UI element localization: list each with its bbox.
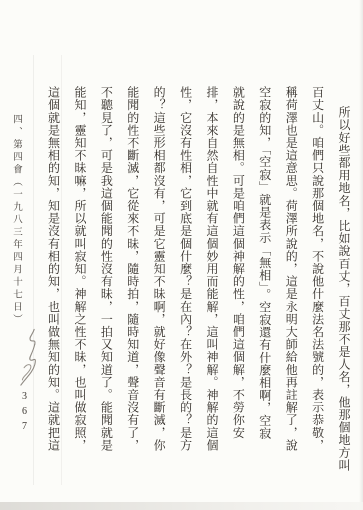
text-column: 這個就是無相的知，知是沒有相的知，也叫做無知的知。這就把這 — [40, 86, 66, 456]
scan-fold-line — [33, 55, 34, 485]
text-column: 的？這些形相都沒有，可是它靈知不昧啊，就好像聲音有斷滅，你 — [146, 86, 172, 456]
margin-note: 四、第四會（一九八三年四月十七日） — [9, 114, 23, 327]
text-column: 能知，靈知不昧嘛，所以就叫寂知。神解之性不昧，也叫做寂照， — [67, 86, 93, 456]
body-text: 所以好些都用地名，比如說百丈，百丈那不是人名，他那個地方叫 百丈山。咱們只說那個… — [40, 86, 357, 456]
text-column: 所以好些都用地名，比如說百丈，百丈那不是人名，他那個地方叫 — [331, 86, 357, 476]
page-number: 367 — [19, 391, 30, 436]
text-column: 能聞的性不斷滅，它從來不昧，隨時拍，隨時知道，聲音沒有了， — [119, 86, 145, 456]
page-edge-shadow — [359, 0, 363, 510]
book-page-scan: 所以好些都用地名，比如說百丈，百丈那不是人名，他那個地方叫 百丈山。咱們只說那個… — [0, 0, 363, 510]
text-column: 稱荷澤也是這意思。荷澤所說的，這是永明大師給他再註解了，說 — [278, 86, 304, 456]
text-column: 就說的是無相。可是咱們這個神解的性，咱們這個解，不勞你安 — [225, 86, 251, 456]
page-edge-shadow — [0, 502, 363, 510]
text-column: 百丈山。咱們只說那個地名，不說他什麼法名法號的，表示恭敬， — [304, 86, 330, 456]
text-column: 排，本來自然自性中就有這個妙用而能解，這叫神解。神解的這個 — [199, 86, 225, 456]
text-column: 性，它沒有性相，它到底是個什麼？是在內？在外？是長的？是方 — [172, 86, 198, 456]
handwritten-mark — [10, 325, 50, 388]
text-column: 不聽見了，可是我這個能聞的性沒有昧，一拍又知道了。能聞就是 — [93, 86, 119, 456]
text-column: 空寂的知，「空寂」就是表示「無相」。空寂還有什麼相啊，空寂 — [251, 86, 277, 456]
